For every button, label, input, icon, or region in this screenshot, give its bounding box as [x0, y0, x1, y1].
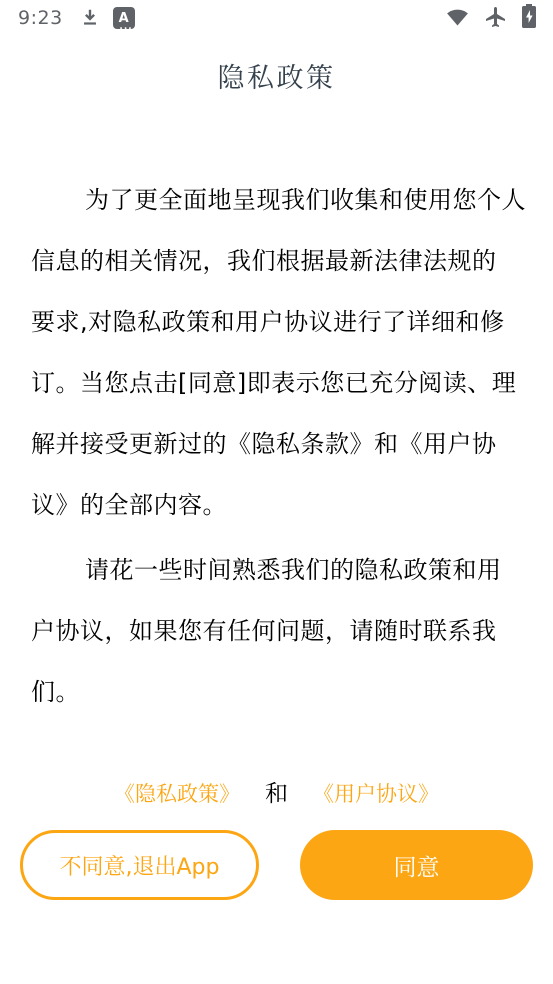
- policy-text-line: 信息的相关情况，我们根据最新法律法规的: [31, 231, 524, 292]
- status-bar: 9:23 A ...: [0, 0, 553, 36]
- airplane-mode-icon: [484, 5, 508, 29]
- ime-dots: ...: [119, 24, 132, 30]
- privacy-policy-screen: 9:23 A ...: [0, 0, 553, 984]
- status-right-icons: [436, 3, 537, 33]
- policy-text: 为了更全面地呈现我们收集和使用您个人信息的相关情况，我们根据最新法律法规的要求,…: [31, 170, 524, 723]
- policy-text-line: 为了更全面地呈现我们收集和使用您个人: [31, 170, 524, 231]
- policy-text-line: 订。当您点击[同意]即表示您已充分阅读、理: [31, 353, 524, 414]
- status-time: 9:23: [18, 7, 63, 29]
- agreement-links-row: 《隐私政策》 和 《用户协议》: [0, 779, 553, 809]
- policy-paragraph: 为了更全面地呈现我们收集和使用您个人信息的相关情况，我们根据最新法律法规的要求,…: [31, 170, 524, 536]
- disagree-exit-button[interactable]: 不同意,退出App: [20, 830, 259, 900]
- download-icon: [79, 7, 101, 29]
- policy-text-line: 们。: [31, 662, 524, 723]
- policy-text-line: 解并接受更新过的《隐私条款》和《用户协: [31, 414, 524, 475]
- policy-text-line: 要求,对隐私政策和用户协议进行了详细和修: [31, 292, 524, 353]
- conjunction-text: 和: [265, 779, 288, 809]
- policy-text-line: 议》的全部内容。: [31, 475, 524, 536]
- page-title: 隐私政策: [0, 56, 553, 95]
- wifi-icon: [444, 5, 471, 29]
- user-agreement-link[interactable]: 《用户协议》: [313, 779, 439, 809]
- action-buttons-row: 不同意,退出App 同意: [20, 830, 533, 900]
- battery-charging-icon: [521, 3, 537, 29]
- privacy-policy-link[interactable]: 《隐私政策》: [114, 779, 240, 809]
- policy-text-line: 请花一些时间熟悉我们的隐私政策和用: [31, 540, 524, 601]
- policy-paragraph: 请花一些时间熟悉我们的隐私政策和用户协议，如果您有任何问题，请随时联系我们。: [31, 540, 524, 723]
- policy-text-line: 户协议，如果您有任何问题，请随时联系我: [31, 601, 524, 662]
- ime-a-icon: A ...: [113, 7, 135, 29]
- agree-button[interactable]: 同意: [300, 830, 533, 900]
